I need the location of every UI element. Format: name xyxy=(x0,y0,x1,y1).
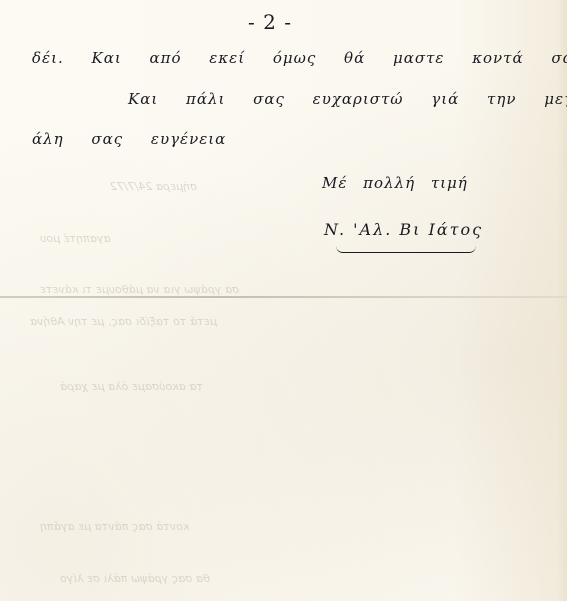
bleed-through-text: σήμερα 24/7/72 xyxy=(110,180,197,193)
letter-line-2: Και πάλι σας ευχαριστώ γιά την μεγ- xyxy=(128,90,567,108)
bleed-through-text: αγαπητέ μου xyxy=(40,232,111,245)
bleed-through-text: θα σας γράψω πάλι σε λίγο xyxy=(60,572,210,585)
bleed-through-text: τα ακούσαμε όλα με χαρά xyxy=(60,380,203,393)
page-number: - 2 - xyxy=(248,10,292,34)
signature: N. 'Αλ. Βι Ιάτος xyxy=(324,220,483,239)
bleed-through-text: κοντά σας πάντα με αγάπη xyxy=(40,520,189,533)
letter-closing: Μέ πολλή τιμή xyxy=(322,174,468,192)
letter-line-1: δέι. Και από εκεί όμως θά μαστε κοντά σα… xyxy=(32,49,567,67)
bleed-through-text: μετά το ταξίδι σας, με την Αθήνα xyxy=(30,315,217,328)
signature-underline-flourish xyxy=(336,246,476,253)
bleed-through-text: σα γράψω για να μάθουμε τι κάνετε xyxy=(40,283,239,296)
letter-page: - 2 - δέι. Και από εκεί όμως θά μαστε κο… xyxy=(0,0,567,601)
letter-line-3: άλη σας ευγένεια xyxy=(32,130,226,148)
paper-fold-line xyxy=(0,296,567,298)
